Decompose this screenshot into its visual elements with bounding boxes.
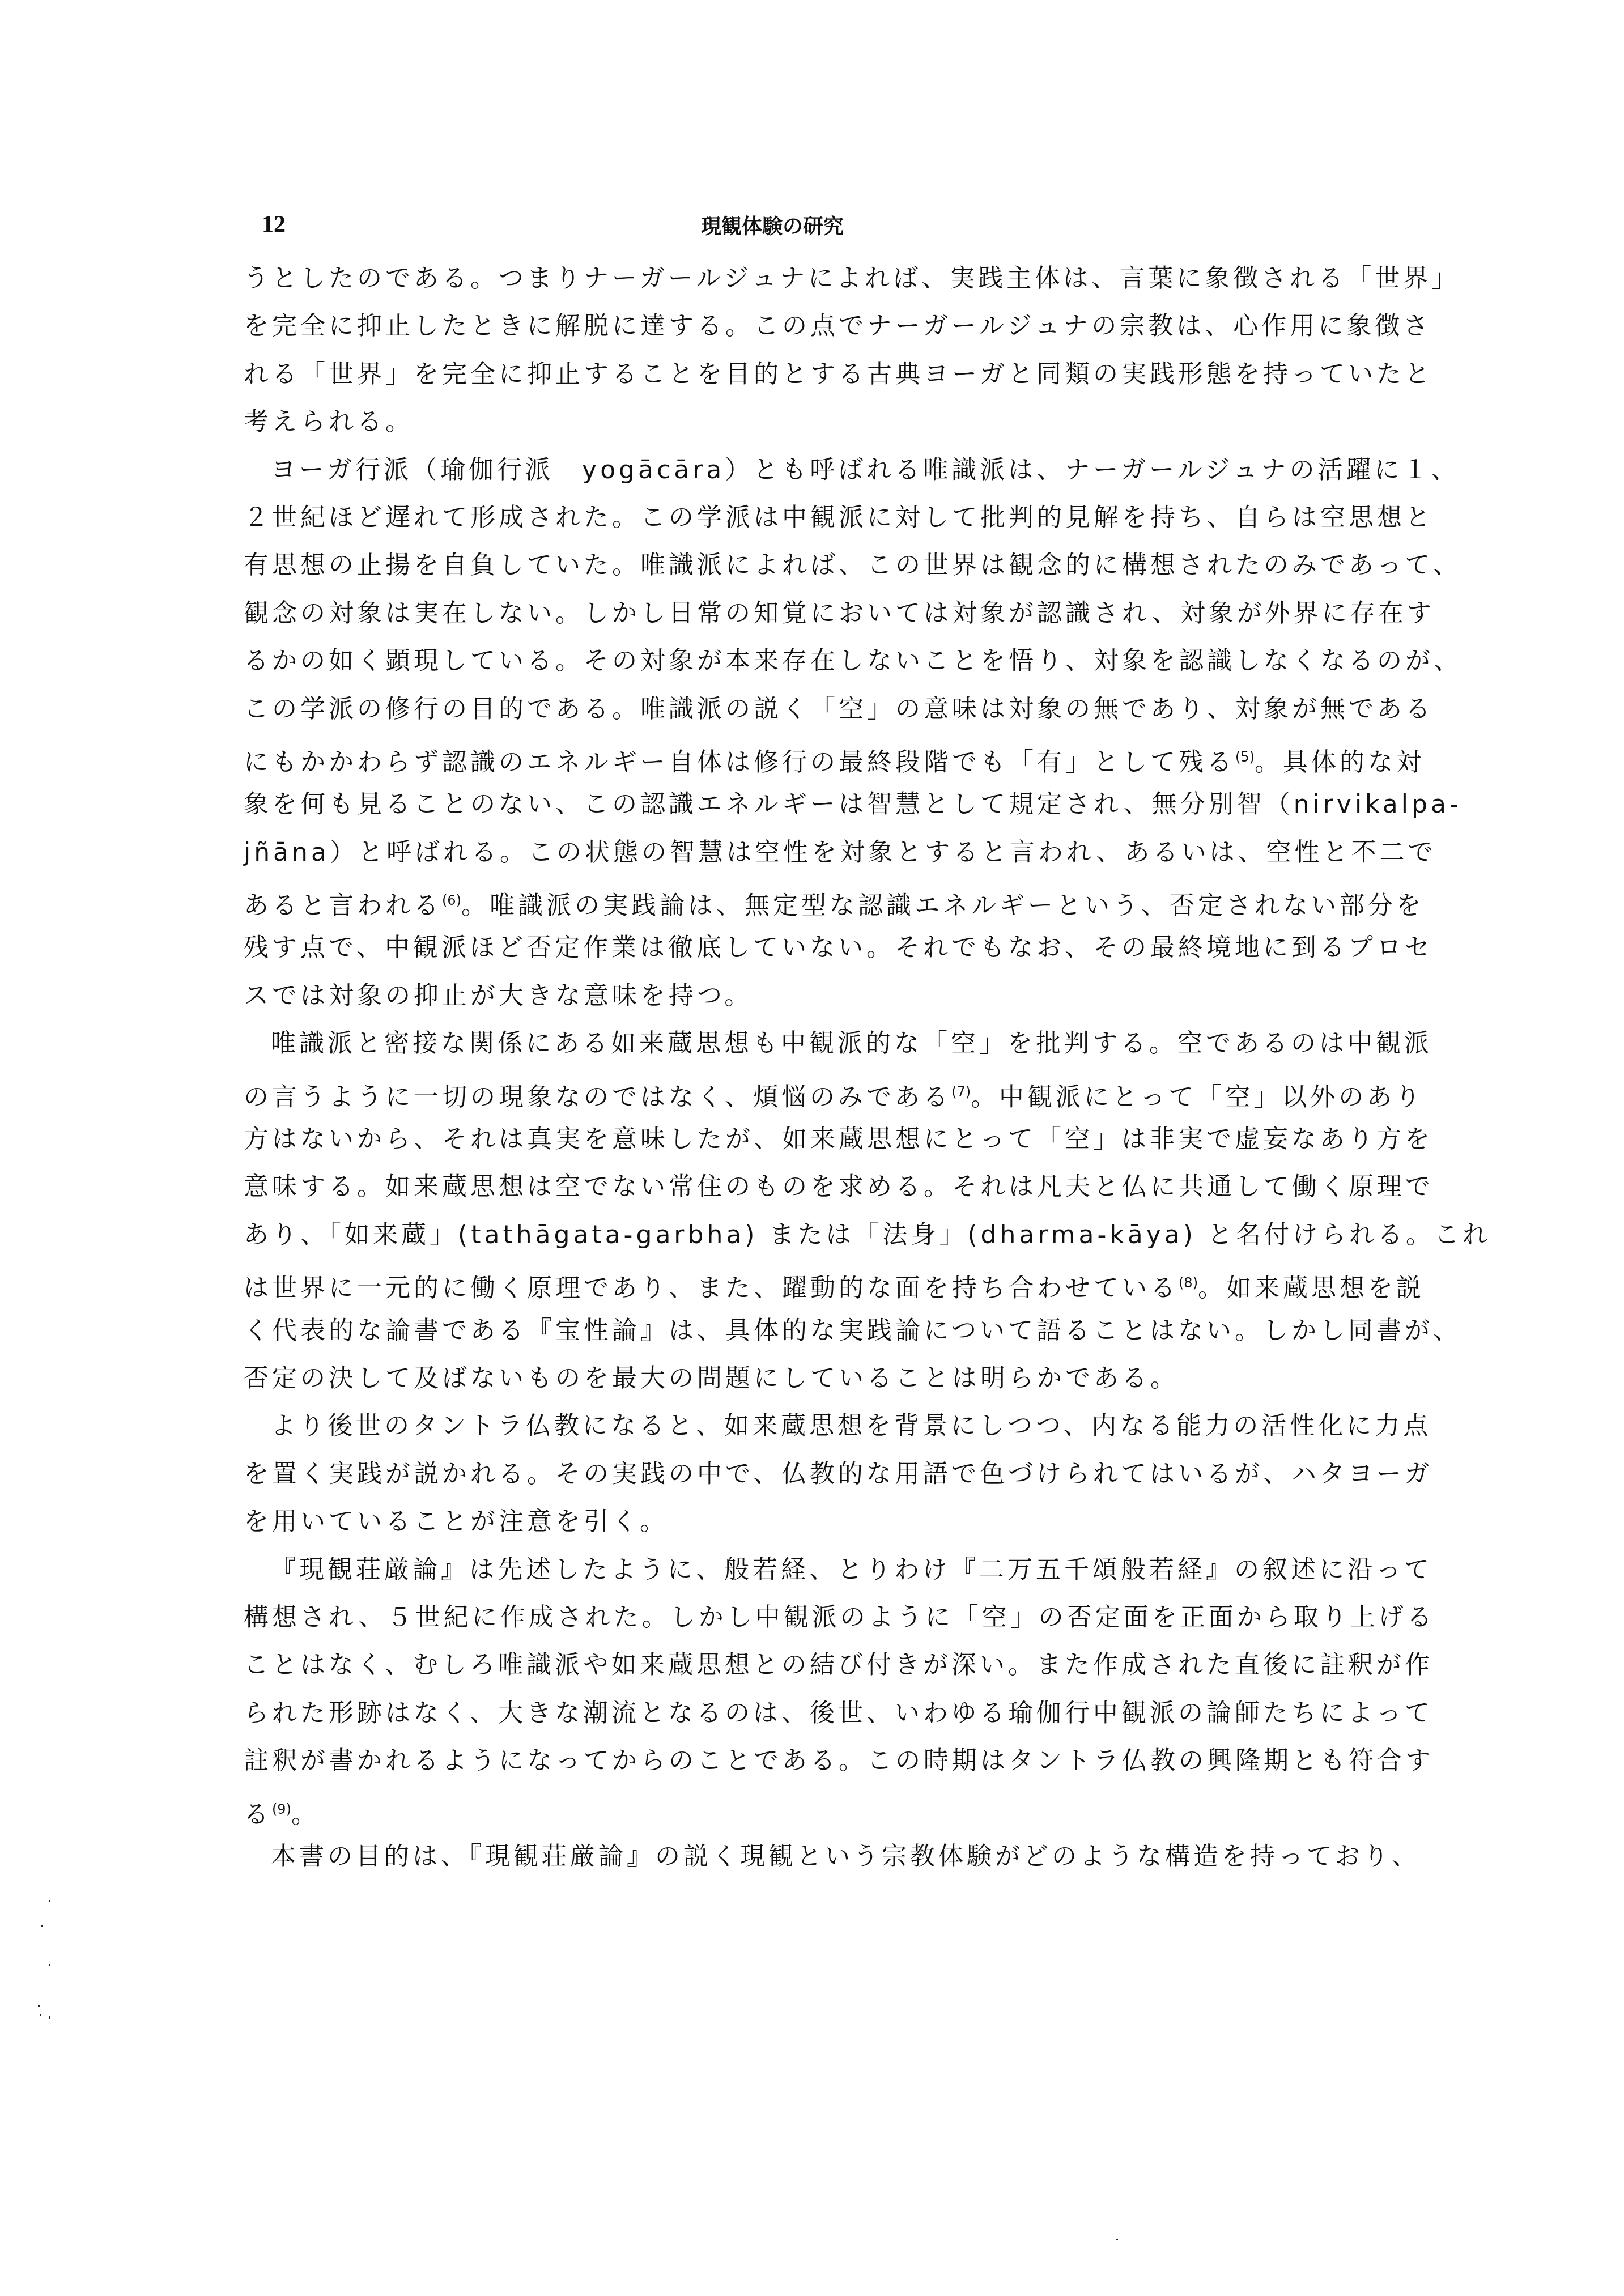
text-line: の言うように一切の現象なのではなく、煩悩のみである(7)。中観派にとって「空」以…	[244, 1068, 1337, 1116]
paragraph-3: 唯識派と密接な関係にある如来蔵思想も中観派的な「空」を批判する。空であるのは中観…	[244, 1020, 1337, 1402]
text-line: この学派の修行の目的である。唯識派の説く「空」の意味は対象の無であり、対象が無で…	[244, 686, 1337, 733]
text-line: を用いていることが注意を引く。	[244, 1498, 1337, 1546]
text-line: 意味する。如来蔵思想は空でない常住のものを求める。それは凡夫と仏に共通して働く原…	[244, 1163, 1337, 1211]
scan-speck	[38, 2005, 40, 2007]
text-line: あると言われる(6)。唯識派の実践論は、無定型な認識エネルギーという、否定されな…	[244, 877, 1337, 924]
scan-speck	[41, 1925, 43, 1927]
text-line: より後世のタントラ仏教になると、如来蔵思想を背景にしつつ、内なる能力の活性化に力…	[244, 1402, 1337, 1450]
footnote-marker: (6)	[442, 892, 461, 908]
scan-speck	[49, 2016, 50, 2019]
paragraph-6: 本書の目的は、『現観荘厳論』の説く現観という宗教体験がどのような構造を持っており…	[244, 1833, 1337, 1881]
text-line: にもかかわらず認識のエネルギー自体は修行の最終段階でも「有」として残る(5)。具…	[244, 733, 1337, 781]
text-line: 方はないから、それは真実を意味したが、如来蔵思想にとって「空」は非実で虚妄なあり…	[244, 1116, 1337, 1163]
text-line: 本書の目的は、『現観荘厳論』の説く現観という宗教体験がどのような構造を持っており…	[244, 1833, 1337, 1881]
paragraph-2: ヨーガ行派（瑜伽行派 yogācāra）とも呼ばれる唯識派は、ナーガールジュナの…	[244, 447, 1337, 1021]
text-line: ２世紀ほど遅れて形成された。この学派は中観派に対して批判的見解を持ち、自らは空思…	[244, 494, 1337, 542]
text-line: 象を何も見ることのない、この認識エネルギーは智慧として規定され、無分別智（nir…	[244, 781, 1337, 828]
footnote-marker: (9)	[272, 1801, 291, 1817]
text-line: ヨーガ行派（瑜伽行派 yogācāra）とも呼ばれる唯識派は、ナーガールジュナの…	[244, 447, 1337, 494]
text-line: 観念の対象は実在しない。しかし日常の知覚においては対象が認識され、対象が外界に存…	[244, 590, 1337, 637]
paragraph-4: より後世のタントラ仏教になると、如来蔵思想を背景にしつつ、内なる能力の活性化に力…	[244, 1402, 1337, 1546]
text-line: jñāna）と呼ばれる。この状態の智慧は空性を対象とすると言われ、あるいは、空性…	[244, 829, 1337, 877]
text-line: 唯識派と密接な関係にある如来蔵思想も中観派的な「空」を批判する。空であるのは中観…	[244, 1020, 1337, 1068]
text-line: られた形跡はなく、大きな潮流となるのは、後世、いわゆる瑜伽行中観派の論師たちによ…	[244, 1690, 1337, 1737]
body-text: うとしたのである。つまりナーガールジュナによれば、実践主体は、言葉に象徴される「…	[244, 255, 1337, 1881]
scan-speck	[49, 1964, 50, 1966]
text-line: く代表的な論書である『宝性論』は、具体的な実践論について語ることはない。しかし同…	[244, 1307, 1337, 1355]
text-line: る(9)。	[244, 1785, 1337, 1833]
text-line: スでは対象の抑止が大きな意味を持つ。	[244, 972, 1337, 1020]
text-line: れる「世界」を完全に抑止することを目的とする古典ヨーガと同類の実践形態を持ってい…	[244, 351, 1337, 398]
text-line: あり、「如来蔵」(tathāgata-garbha) または「法身」(dharm…	[244, 1211, 1337, 1259]
text-line: うとしたのである。つまりナーガールジュナによれば、実践主体は、言葉に象徴される「…	[244, 255, 1337, 303]
text-line: 註釈が書かれるようになってからのことである。この時期はタントラ仏教の興隆期とも符…	[244, 1737, 1337, 1785]
footnote-marker: (8)	[1179, 1275, 1198, 1291]
running-header-title: 現観体験の研究	[701, 211, 843, 240]
paragraph-1: うとしたのである。つまりナーガールジュナによれば、実践主体は、言葉に象徴される「…	[244, 255, 1337, 447]
scan-speck	[49, 1900, 50, 1902]
text-line: 残す点で、中観派ほど否定作業は徹底していない。それでもなお、その最終境地に到るプ…	[244, 924, 1337, 972]
footnote-marker: (7)	[951, 1084, 971, 1100]
text-line: るかの如く顕現している。その対象が本来存在しないことを悟り、対象を認識しなくなる…	[244, 637, 1337, 685]
text-line: ことはなく、むしろ唯識派や如来蔵思想との結び付きが深い。また作成された直後に註釈…	[244, 1642, 1337, 1689]
page-number: 12	[262, 211, 286, 238]
paragraph-5: 『現観荘厳論』は先述したように、般若経、とりわけ『二万五千頌般若経』の叙述に沿っ…	[244, 1546, 1337, 1833]
text-line: 有思想の止揚を自負していた。唯識派によれば、この世界は観念的に構想されたのみであ…	[244, 542, 1337, 589]
text-line: 否定の決して及ばないものを最大の問題にしていることは明らかである。	[244, 1355, 1337, 1402]
text-line: 構想され、５世紀に作成された。しかし中観派のように「空」の否定面を正面から取り上…	[244, 1594, 1337, 1642]
scan-speck	[40, 2014, 41, 2016]
text-line: 考えられる。	[244, 398, 1337, 446]
scan-speck	[1116, 2239, 1118, 2240]
text-line: を置く実践が説かれる。その実践の中で、仏教的な用語で色づけられてはいるが、ハタヨ…	[244, 1451, 1337, 1498]
text-line: 『現観荘厳論』は先述したように、般若経、とりわけ『二万五千頌般若経』の叙述に沿っ…	[244, 1546, 1337, 1594]
footnote-marker: (5)	[1235, 749, 1255, 765]
text-line: を完全に抑止したときに解脱に達する。この点でナーガールジュナの宗教は、心作用に象…	[244, 303, 1337, 350]
text-line: は世界に一元的に働く原理であり、また、躍動的な面を持ち合わせている(8)。如来蔵…	[244, 1259, 1337, 1307]
